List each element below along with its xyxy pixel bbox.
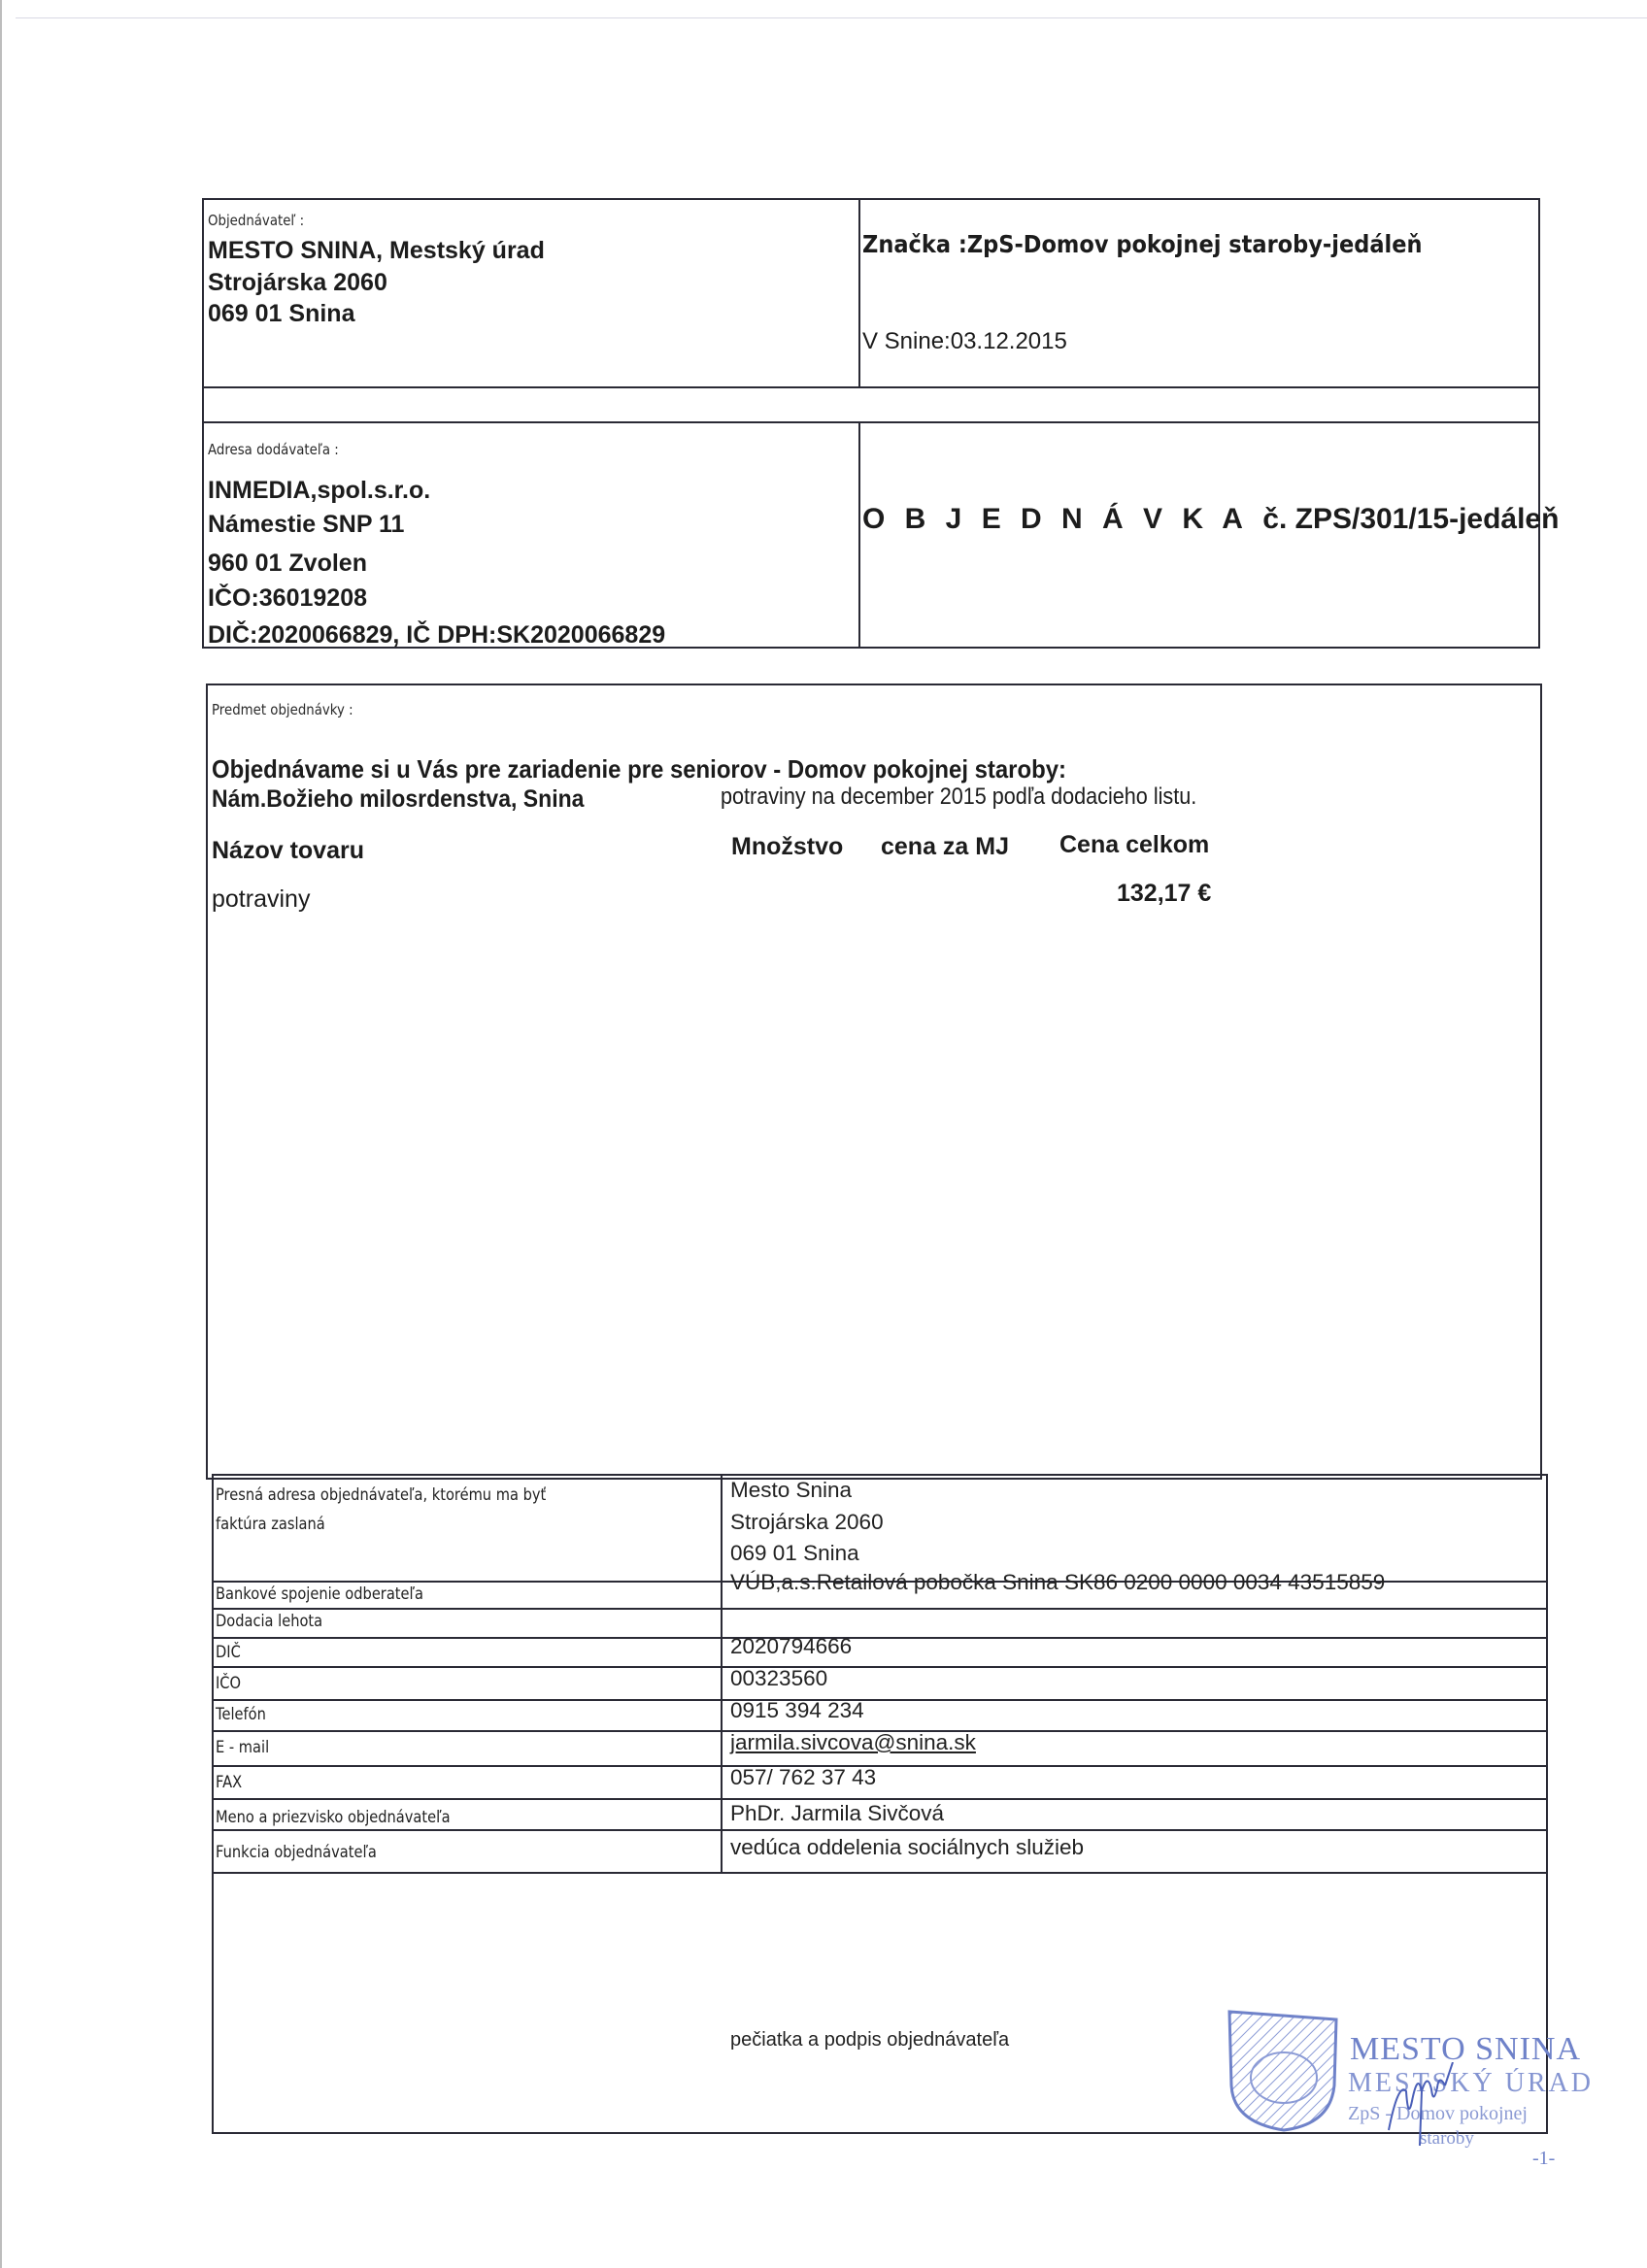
detail-value-function: vedúca oddelenia sociálnych služieb	[730, 1835, 1084, 1860]
subject-location: Nám.Božieho milosrdenstva, Snina	[212, 784, 584, 815]
details-rule	[212, 1699, 1548, 1701]
supplier-city: 960 01 Zvolen	[208, 548, 367, 579]
detail-label-invoice-address: Presná adresa objednávateľa, ktorému ma …	[216, 1485, 546, 1505]
subject-description: potraviny na december 2015 podľa dodacie…	[721, 784, 1196, 811]
detail-value-invoice-street: Strojárska 2060	[730, 1510, 884, 1535]
coat-of-arms-stamp-icon	[1226, 2008, 1342, 2134]
detail-label-dic: DIČ	[216, 1643, 241, 1662]
supplier-label: Adresa dodávateľa :	[208, 441, 339, 458]
page-number: -1-	[1532, 2148, 1555, 2170]
details-rule	[212, 1608, 1548, 1610]
supplier-street: Námestie SNP 11	[208, 509, 404, 540]
details-rule	[212, 1829, 1548, 1831]
orderer-street: Strojárska 2060	[208, 267, 387, 298]
item-name: potraviny	[212, 885, 310, 914]
supplier-divider	[858, 421, 860, 649]
orderer-city: 069 01 Snina	[208, 298, 354, 329]
detail-label-function: Funkcia objednávateľa	[216, 1843, 377, 1862]
handwritten-signature-icon	[1369, 2062, 1476, 2150]
details-rule	[212, 1765, 1548, 1767]
details-divider	[721, 1474, 723, 1874]
subject-label: Predmet objednávky :	[212, 701, 353, 718]
detail-label-person-name: Meno a priezvisko objednávateľa	[216, 1808, 451, 1827]
supplier-ico: IČO:36019208	[208, 583, 367, 614]
detail-label-fax: FAX	[216, 1773, 242, 1792]
detail-label-delivery: Dodacia lehota	[216, 1612, 322, 1631]
signature-label: pečiatka a podpis objednávateľa	[730, 2029, 1009, 2051]
detail-value-phone: 0915 394 234	[730, 1698, 864, 1723]
col-header-total: Cena celkom	[1059, 829, 1209, 860]
orderer-label: Objednávateľ :	[208, 212, 304, 229]
detail-value-bank: VÚB,a.s.Retailová pobočka Snina SK86 020…	[730, 1570, 1385, 1595]
order-number: č. ZPS/301/15-jedáleň	[1262, 503, 1559, 535]
orderer-box	[202, 198, 1540, 388]
order-title: O B J E D N Á V K A č. ZPS/301/15-jedále…	[862, 503, 1559, 536]
supplier-dic: DIČ:2020066829, IČ DPH:SK2020066829	[208, 619, 665, 650]
details-rule	[212, 1637, 1548, 1639]
item-total: 132,17 €	[1117, 878, 1211, 909]
scan-artifact-line	[16, 17, 1647, 18]
col-header-unit-price: cena za MJ	[881, 831, 1009, 862]
col-header-name: Názov tovaru	[212, 835, 364, 866]
detail-value-invoice-name: Mesto Snina	[730, 1478, 852, 1503]
detail-value-dic: 2020794666	[730, 1634, 852, 1659]
detail-label-ico: IČO	[216, 1674, 241, 1693]
detail-label-phone: Telefón	[216, 1705, 266, 1724]
detail-value-ico: 00323560	[730, 1666, 827, 1691]
orderer-name: MESTO SNINA, Mestský úrad	[208, 235, 545, 266]
col-header-quantity: Množstvo	[731, 831, 843, 862]
supplier-name: INMEDIA,spol.s.r.o.	[208, 475, 430, 506]
detail-value-fax: 057/ 762 37 43	[730, 1765, 876, 1790]
details-rule	[212, 1666, 1548, 1668]
details-rule	[212, 1798, 1548, 1800]
order-title-spaced: O B J E D N Á V K A	[862, 503, 1249, 535]
detail-label-invoice-address-2: faktúra zaslaná	[216, 1515, 325, 1534]
details-rule	[212, 1872, 1548, 1874]
detail-label-email: E - mail	[216, 1738, 269, 1757]
detail-label-bank: Bankové spojenie odberateľa	[216, 1584, 423, 1604]
spacer-left	[202, 386, 204, 423]
detail-value-email[interactable]: jarmila.sivcova@snina.sk	[730, 1730, 976, 1755]
detail-value-invoice-city: 069 01 Snina	[730, 1541, 859, 1566]
subject-line1: Objednávame si u Vás pre zariadenie pre …	[212, 753, 1066, 784]
reference-mark: Značka :ZpS-Domov pokojnej staroby-jedál…	[862, 229, 1423, 260]
scan-edge	[0, 0, 2, 2268]
place-date: V Snine:03.12.2015	[862, 328, 1067, 355]
spacer-right	[1538, 386, 1540, 423]
detail-value-person-name: PhDr. Jarmila Sivčová	[730, 1801, 944, 1826]
orderer-divider	[858, 198, 860, 388]
